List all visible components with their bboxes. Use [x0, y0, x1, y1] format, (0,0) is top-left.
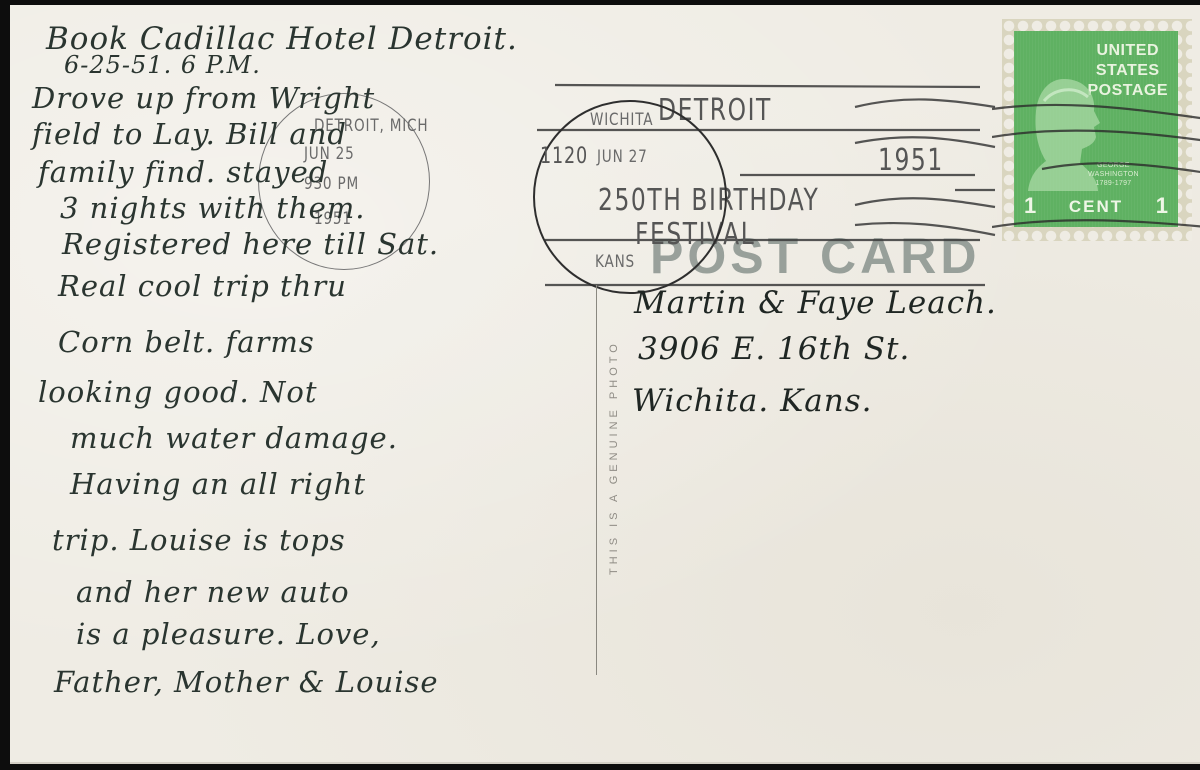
stamp-portrait-name: GEORGE [1088, 161, 1139, 170]
stamp-value-left: 1 [1024, 193, 1036, 219]
stamp-value-label: CENT [1069, 193, 1123, 219]
message-line: 6-25-51. 6 P.M. [64, 51, 261, 79]
message-line: 3 nights with them. [60, 191, 365, 225]
address-city: Wichita. Kans. [632, 383, 873, 419]
message-line: Drove up from Wright [32, 81, 375, 115]
message-line: Corn belt. farms [58, 325, 315, 359]
address-street: 3906 E. 16th St. [638, 331, 910, 367]
message-line: much water damage. [70, 421, 398, 455]
divider-vertical-text: THIS IS A GENUINE PHOTO [608, 340, 620, 575]
receiving-postmark-state: KANS [595, 252, 635, 272]
message-address-divider [596, 285, 597, 675]
message-line: field to Lay. Bill and [32, 117, 347, 151]
receiving-postmark: WICHITA 1120 JUN 27 KANS [533, 100, 727, 294]
address-name: Martin & Faye Leach. [634, 285, 997, 321]
message-line: Real cool trip thru [58, 269, 347, 303]
postage-stamp: UNITED STATES POSTAGE GEORGE WASHINGTON … [1002, 19, 1192, 241]
stamp-country-line: UNITED [1087, 41, 1168, 61]
stamp-portrait-name2: WASHINGTON [1088, 170, 1139, 179]
stamp-denomination: 1 CENT 1 [1014, 193, 1178, 219]
receiving-postmark-date: JUN 27 [597, 147, 648, 167]
message-signature: Father, Mother & Louise [54, 665, 439, 699]
slogan-cancel-year: 1951 [878, 143, 944, 178]
message-line: trip. Louise is tops [52, 523, 346, 557]
message-line: family find. stayed [38, 155, 328, 189]
stamp-portrait-caption: GEORGE WASHINGTON 1789-1797 [1088, 161, 1139, 188]
message-line: looking good. Not [38, 375, 317, 409]
receiving-postmark-time: 1120 [540, 144, 588, 169]
message-line: and her new auto [76, 575, 350, 609]
receiving-postmark-city: WICHITA [590, 110, 653, 130]
stamp-portrait-years: 1789-1797 [1088, 179, 1139, 188]
message-line: is a pleasure. Love, [76, 617, 381, 651]
postcard-back: POST CARD DETROIT 1951 250TH BIRTHDAY FE… [10, 5, 1200, 764]
stamp-face: UNITED STATES POSTAGE GEORGE WASHINGTON … [1014, 31, 1178, 227]
message-line: Having an all right [70, 467, 366, 501]
message-line: Registered here till Sat. [62, 227, 439, 261]
stamp-value-right: 1 [1156, 193, 1168, 219]
